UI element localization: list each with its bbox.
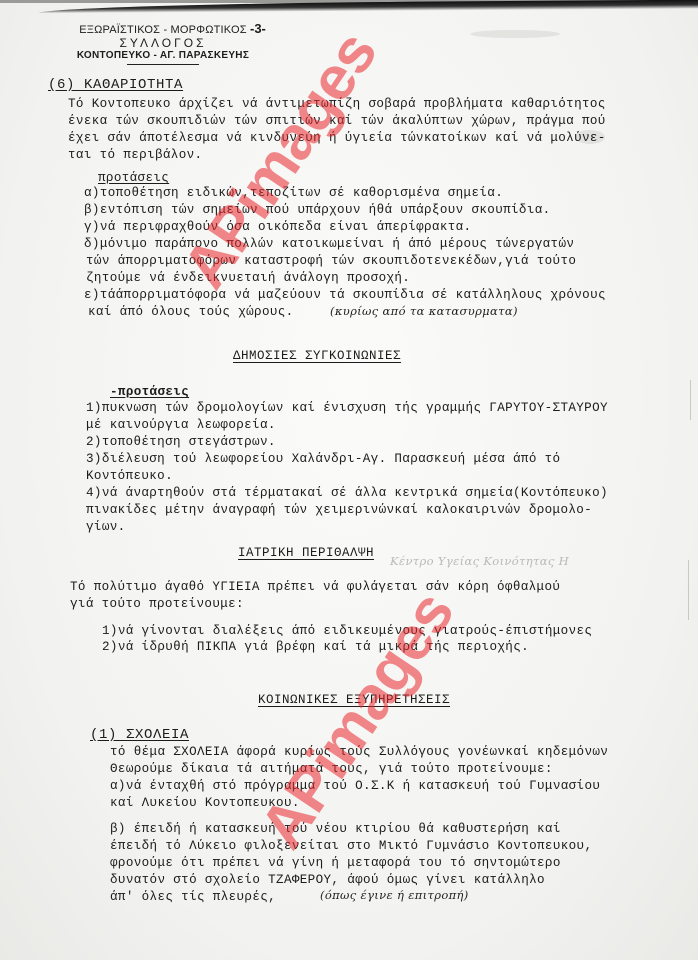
cleanliness-intro-line: Τό Κοντοπευκο άρχίζει νά άντιμετωπίζη σο… (68, 96, 606, 114)
document-page: ΕΞΩΡΑΪΣΤΙΚΟΣ - ΜΟΡΦΩΤΙΚΟΣ ΣΥΛΛΟΓΟΣ ΚΟΝΤΟ… (0, 0, 698, 960)
schools-item-b: β) έπειδή ή κατασκευή τού νέου κτιρίου θ… (110, 821, 561, 839)
schools-item-b: φρονούμε ότι πρέπει νά γίνη ή μεταφορά τ… (110, 855, 561, 873)
letterhead-line3: ΚΟΝΤΟΠΕΥΚΟ - ΑΓ. ΠΑΡΑΣΚΕΥΗΣ (48, 50, 278, 62)
cleanliness-intro-line: ται τό περιβάλον. (68, 147, 202, 165)
section-title-transport: ΔΗΜΟΣΙΕΣ ΣΥΓΚΟΙΝΩΝΙΕΣ (233, 348, 401, 366)
section-title-social: ΚΟΙΝΩΝΙΚΕΣ ΕΞΥΠΗΡΕΤΗΣΕΙΣ (258, 692, 450, 710)
section-title-health: ΙΑΤΡΙΚΗ ΠΕΡΙΘΑΛΨΗ (238, 545, 374, 563)
letterhead-rule (127, 64, 199, 66)
handwritten-note: (κυρίως από τα κατασυρματα) (330, 303, 518, 321)
scan-mark (690, 380, 691, 420)
cleanliness-intro-line: ένεκα τών σκουπιδιών τών σπιτιών καί τών… (68, 113, 606, 131)
transport-proposal: γίων. (86, 519, 126, 537)
cleanliness-proposal: τών άπορριματοφόρων καταστροφή τών σκουπ… (86, 253, 576, 271)
transport-proposals-label: -προτάσεις (110, 384, 189, 402)
health-intro-line: γιά τούτο προτείνουμε: (70, 596, 244, 614)
letterhead: ΕΞΩΡΑΪΣΤΙΚΟΣ - ΜΟΡΦΩΤΙΚΟΣ ΣΥΛΛΟΓΟΣ ΚΟΝΤΟ… (48, 24, 278, 65)
social-intro-line: τό θέμα ΣΧΟΛΕΙΑ άφορά κυρίως τούς Συλλόγ… (110, 744, 608, 762)
schools-item-a: καί Λυκείου Κοντοπευκου. (110, 795, 300, 813)
transport-proposal: 4)νά άναρτηθούν στά τέρματακαί σέ άλλα κ… (86, 485, 608, 503)
cleanliness-proposal: καί άπό όλους τούς χώρους. (88, 304, 294, 322)
page-number: -3- (250, 21, 266, 36)
cleanliness-proposal: ε)τάάπορριματόφορα νά μαζεύουν τά σκουπί… (84, 287, 606, 305)
letterhead-line1: ΕΞΩΡΑΪΣΤΙΚΟΣ - ΜΟΡΦΩΤΙΚΟΣ (48, 24, 278, 37)
handwritten-note: (όπως έγινε ή επιτροπή) (320, 887, 469, 905)
transport-proposal: Κοντόπευκο. (86, 468, 173, 486)
transport-proposal: 3)διέλευση τού λεωφορείου Χαλάνδρι-Αγ. Π… (86, 451, 560, 469)
section-title-text: (6) ΚΑΘΑΡΙΟΤΗΤΑ (48, 77, 183, 93)
scan-mark (688, 560, 689, 620)
schools-item-b: άπ' όλες τίς πλευρές, (110, 889, 276, 907)
cleanliness-intro-line: έχει σάν άποτέλεσμα νά κινδυνεύη ή ύγιεί… (68, 130, 606, 148)
watermark: APimages (246, 579, 468, 861)
cleanliness-proposal: ζητούμε νά ένδεικνυεταιή άνάλογη προσοχή… (86, 270, 410, 288)
cleanliness-proposal: β)εντόπιση τών σημείων πού υπάρχουν ήθά … (84, 202, 551, 220)
scan-smudge (470, 30, 560, 38)
section-title-cleanliness: (6) ΚΑΘΑΡΙΟΤΗΤΑ (48, 77, 183, 95)
schools-item-b: έπειδή τό Λύκειο φιλοξενείται στο Μικτό … (110, 838, 592, 856)
faint-handwritten-note: Κέντρο Υγείας Κοινότητας Η (390, 553, 569, 571)
social-intro-line: Θεωρούμε δίκαια τά αιτήματά τους, γιά το… (110, 761, 553, 779)
health-proposal: 1)νά γίνονται διαλέξεις άπό ειδικευμένου… (102, 623, 592, 641)
subsection-title-schools: (1) ΣΧΟΛΕΙΑ (90, 727, 189, 745)
transport-proposal: 1)πυκνωση τών δρομολογίων καί ένισχυση τ… (86, 400, 608, 418)
health-proposal: 2)νά ίδρυθή ΠΙΚΠΑ γιά βρέφη καί τά μικρά… (102, 639, 529, 657)
schools-item-a: α)νά ένταχθή στό πρόγραμμα τού Ο.Σ.Κ ή κ… (110, 778, 600, 796)
transport-proposal: πινακίδες μέτην άναγραφή τών χειμερινώνκ… (86, 502, 592, 520)
letterhead-line2: ΣΥΛΛΟΓΟΣ (48, 37, 278, 51)
cleanliness-proposal: δ)μόνιμο παράπονο πολλών κατοικωμείναι ή… (84, 236, 574, 254)
transport-proposal: 2)τοποθέτηση στεγάστρων. (86, 434, 276, 452)
transport-proposal: μέ καινούργια λεωφορεία. (86, 417, 276, 435)
cleanliness-proposal: α)τοποθέτηση ειδικών,τεποζίτων σέ καθορι… (84, 185, 503, 203)
cleanliness-proposal: γ)νά περιφραχθούν όσα οικόπεδα είναι άπε… (84, 219, 471, 237)
subsection-title-text: (1) ΣΧΟΛΕΙΑ (90, 727, 189, 743)
health-intro-line: Τό πολύτιμο άγαθό ΥΓΙΕΙΑ πρέπει νά φυλάγ… (70, 579, 560, 597)
